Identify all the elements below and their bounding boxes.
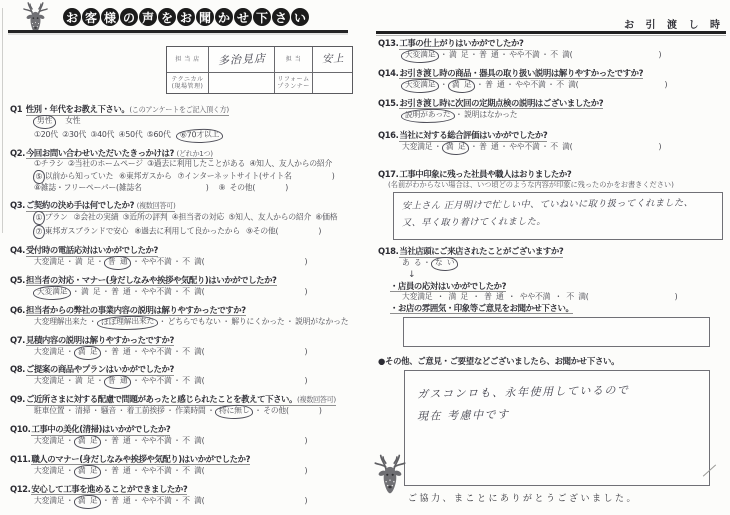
q7-title: Q7.見積内容の説明は解りやすかったですか? bbox=[10, 335, 360, 346]
selected-option: 特に無し bbox=[215, 405, 254, 420]
selected-rating: 満 足 bbox=[74, 464, 102, 479]
question-16: Q16.当社に対する総合評価はいかがでしたか? 大変満足・満 足・普 通・やや不… bbox=[378, 130, 726, 155]
scanned-survey-page: お 客 様 の 声 を お 聞 か せ 下 さ い 担 当 店 多治見店 担 当… bbox=[0, 0, 730, 515]
question-3: Q3.ご契約の決め手は何でしたか? (複数回答可) ①プラン②会社の実績 ③近所… bbox=[10, 200, 360, 239]
scan-edge-line bbox=[2, 8, 3, 233]
question-9: Q9.ご近所さまに対する配慮で問題があったと感じられたことを教えて下さい。(複数… bbox=[10, 394, 360, 419]
selected-option-male: 男性 bbox=[33, 115, 57, 130]
question-5: Q5.担当者の対応・マナー(身だしなみや挨拶や気配り)はいかがでしたか? 大変満… bbox=[10, 275, 360, 300]
other-comments-box: ガスコンロも、永年使用しているので 現在 考慮中です bbox=[404, 370, 710, 486]
question-15: Q15.お引き渡し時に次回の定期点検の説明はございましたか? 説明があった・説明… bbox=[378, 98, 726, 123]
staff-person-value: 安上 bbox=[313, 47, 352, 73]
question-7: Q7.見積内容の説明は解りやすかったですか? 大変満足・満 足・普 通・やや不満… bbox=[10, 335, 360, 360]
thanks-message: ご協力、まことにありがとうございました。 bbox=[408, 491, 726, 504]
selected-option-number-5: ⑤ bbox=[33, 169, 45, 183]
deer-stamp-icon bbox=[373, 452, 407, 496]
selected-option-number-7: ⑦ bbox=[33, 225, 45, 239]
q15-options: 説明があった・説明はなかった bbox=[378, 109, 726, 123]
q5-rating: 大変満足・満 足・普 通・やや不満・不 満() bbox=[10, 286, 360, 300]
selected-rating: 大変満足 bbox=[33, 285, 72, 300]
q18-title: Q18.当社店頭にご来店されたことがございますか? bbox=[378, 246, 726, 257]
left-question-column: Q1 性別・年代をお教え下さい。(このアンケートをご記入頂く方) 男性女性 ①2… bbox=[10, 104, 360, 514]
question-4: Q4.受付時の電話応対はいかがでしたか? 大変満足・満 足・普 通・やや不満・不… bbox=[10, 245, 360, 270]
q13-rating: 大変満足・満 足・普 通・やや不満・不 満() bbox=[378, 49, 726, 63]
q3-note: (複数回答可) bbox=[137, 201, 176, 210]
page-title: お 客 様 の 声 を お 聞 か せ 下 さ い bbox=[63, 8, 309, 26]
q3-title: Q3.ご契約の決め手は何でしたか? (複数回答可) bbox=[10, 200, 360, 211]
title-char: お bbox=[177, 8, 195, 26]
q18-sub1-title: ・店員の応対はいかがでしたか? bbox=[378, 281, 726, 292]
title-underline bbox=[8, 30, 348, 33]
q2-title: Q2.今回お問い合わせいただいたきっかけは? (どれか1つ) bbox=[10, 148, 360, 159]
q10-rating: 大変満足・満 足・普 通・やや不満・不 満() bbox=[10, 435, 360, 449]
handwritten-store-name: 多治見店 bbox=[217, 51, 266, 67]
staff-person-label: 担 当 bbox=[275, 47, 313, 73]
q8-title: Q8.ご提案の商品やプランはいかがでしたか? bbox=[10, 364, 360, 375]
q17-answer-box: 安上さん 正月明けで忙しい中、ていねいに取り扱ってくれました、 又、早く取り着け… bbox=[393, 192, 723, 240]
selected-option-age70: ⑥70才以上 bbox=[175, 128, 222, 143]
selected-rating: 満 足 bbox=[74, 494, 102, 509]
question-17: Q17.工事中印象に残った社員や職人はおりましたか? (名前がわからない場合は、… bbox=[378, 169, 726, 240]
q1-note: (このアンケートをご記入頂く方) bbox=[129, 105, 228, 114]
title-char: 客 bbox=[82, 8, 100, 26]
handwritten-person-name: 安上 bbox=[321, 53, 343, 67]
q9-title: Q9.ご近所さまに対する配慮で問題があったと感じられたことを教えて下さい。(複数… bbox=[10, 394, 360, 405]
question-13: Q13.工事の仕上がりはいかがでしたか? 大変満足・満 足・普 通・やや不満・不… bbox=[378, 38, 726, 63]
q18-options: あ る・な い bbox=[378, 257, 726, 271]
staff-technical-value bbox=[209, 73, 275, 93]
q18-sub1-rating: 大変満足 ・ 満 足 ・ 普 通 ・ やや不満 ・ 不 満() bbox=[378, 292, 726, 303]
right-section-rule-shadow bbox=[376, 35, 726, 36]
other-comments-title: ●その他、ご意見・ご要望などございましたら、お聞かせ下さい。 bbox=[378, 355, 726, 367]
staff-technical-label: テクニカル (現場管理) bbox=[167, 73, 209, 93]
question-8: Q8.ご提案の商品やプランはいかがでしたか? 大変満足・満 足・普 通・やや不満… bbox=[10, 364, 360, 389]
selected-option: 説明があった bbox=[401, 108, 455, 123]
q11-title: Q11.職人のマナー(身だしなみや挨拶や気配り)はいかがでしたか? bbox=[10, 454, 360, 465]
title-char: 様 bbox=[101, 8, 119, 26]
q7-rating: 大変満足・満 足・普 通・やや不満・不 満() bbox=[10, 346, 360, 360]
question-10: Q10.工事中の美化(清掃)はいかがでしたか? 大変満足・満 足・普 通・やや不… bbox=[10, 424, 360, 449]
selected-rating: 満 足 bbox=[74, 345, 102, 360]
question-6: Q6.担当者からの弊社の事業内容の説明は解りやすかったですか? 大変理解出来た・… bbox=[10, 305, 360, 330]
q12-rating: 大変満足・満 足・普 通・やや不満・不 満() bbox=[10, 495, 360, 509]
option-female: 女性 bbox=[65, 116, 80, 125]
selected-rating: 普 通 bbox=[104, 256, 132, 271]
q14-rating: 大変満足・満 足・普 通・やや不満・不 満() bbox=[378, 79, 726, 93]
selected-rating: 普 通 bbox=[104, 375, 132, 390]
q14-title: Q14.お引き渡し時の商品・器具の取り扱い説明は解りやすかったですか? bbox=[378, 68, 726, 79]
staff-planner-value bbox=[313, 73, 352, 93]
title-char: お bbox=[63, 8, 81, 26]
handwritten-comment-line: 又、早く取り着けてくれました。 bbox=[402, 212, 714, 232]
q2-options-line3: ⑧雑誌・フリーペーパー(雑誌名)⑨ その他() bbox=[10, 183, 360, 194]
q3-options-line1: ①プラン②会社の実績 ③近所の評判 ④担当者の対応 ⑤知人、友人からの紹介 ⑥価… bbox=[10, 211, 360, 225]
question-11: Q11.職人のマナー(身だしなみや挨拶や気配り)はいかがでしたか? 大変満足・満… bbox=[10, 454, 360, 479]
selected-option-number-1: ① bbox=[33, 211, 45, 225]
q5-title: Q5.担当者の対応・マナー(身だしなみや挨拶や気配り)はいかがでしたか? bbox=[10, 275, 360, 286]
q13-title: Q13.工事の仕上がりはいかがでしたか? bbox=[378, 38, 726, 49]
title-char: い bbox=[291, 8, 309, 26]
title-char: を bbox=[158, 8, 176, 26]
title-char: 声 bbox=[139, 8, 157, 26]
q6-options: 大変理解出来た・ほぼ理解出来た・どちらでもない・解りにくかった・説明がなかった bbox=[10, 316, 360, 330]
right-section-rule bbox=[376, 31, 726, 34]
staff-store-label: 担 当 店 bbox=[167, 47, 209, 73]
selected-option: ほぼ理解出来た bbox=[97, 315, 159, 331]
selected-rating: 満 足 bbox=[448, 78, 476, 93]
q18-answer-box bbox=[403, 317, 710, 347]
q16-title: Q16.当社に対する総合評価はいかがでしたか? bbox=[378, 130, 726, 141]
question-12: Q12.安心して工事を進めることができましたか? 大変満足・満 足・普 通・やや… bbox=[10, 484, 360, 509]
q9-note: (複数回答可) bbox=[297, 395, 336, 404]
selected-rating: 大変満足 bbox=[401, 78, 440, 93]
q11-rating: 大変満足・満 足・普 通・やや不満・不 満() bbox=[10, 465, 360, 479]
age-options: ①20代 ②30代 ③40代 ④50代 ⑤60代 bbox=[34, 130, 171, 139]
q4-title: Q4.受付時の電話応対はいかがでしたか? bbox=[10, 245, 360, 256]
selected-rating: 満 足 bbox=[442, 141, 470, 156]
question-2: Q2.今回お問い合わせいただいたきっかけは? (どれか1つ) ①チラシ ②当社の… bbox=[10, 148, 360, 195]
q2-note: (どれか1つ) bbox=[176, 149, 212, 158]
selected-rating: 満 足 bbox=[74, 435, 102, 450]
q12-title: Q12.安心して工事を進めることができましたか? bbox=[10, 484, 360, 495]
q1-title: Q1 性別・年代をお教え下さい。(このアンケートをご記入頂く方) bbox=[10, 104, 360, 115]
q3-options-line2: ⑦東邦ガスブランドで安心⑧過去に利用して良かったから⑨その他() bbox=[10, 225, 360, 239]
q2-options-line1: ①チラシ ②当社のホームページ ③過去に利用したことがある ④知人、友人からの紹… bbox=[10, 159, 360, 170]
other-comments-section: ●その他、ご意見・ご要望などございましたら、お聞かせ下さい。 ガスコンロも、永年… bbox=[378, 355, 726, 504]
staff-table: 担 当 店 多治見店 担 当 安上 テクニカル (現場管理) リフォーム プラン… bbox=[166, 46, 353, 94]
q15-title: Q15.お引き渡し時に次回の定期点検の説明はございましたか? bbox=[378, 98, 726, 109]
q17-title: Q17.工事中印象に残った社員や職人はおりましたか? bbox=[378, 169, 726, 180]
selected-option: な い bbox=[431, 257, 459, 272]
title-char: の bbox=[120, 8, 138, 26]
title-char: さ bbox=[272, 8, 290, 26]
q1-age-options: ①20代 ②30代 ③40代 ④50代 ⑤60代⑥70才以上 bbox=[10, 129, 360, 143]
branch-arrow: ↓ bbox=[378, 271, 726, 281]
q2-options-line2: ⑤以前から知っていた⑥東邦ガスから⑦インターネットサイト(サイト名) bbox=[10, 170, 360, 184]
q4-rating: 大変満足・満 足・普 通・やや不満・不 満() bbox=[10, 256, 360, 270]
q6-title: Q6.担当者からの弊社の事業内容の説明は解りやすかったですか? bbox=[10, 305, 360, 316]
title-char: 下 bbox=[253, 8, 271, 26]
q9-options: 駐車位置・清掃・騒音・着工前挨拶・作業時間・特に無し・その他() bbox=[10, 405, 360, 419]
right-question-column: Q13.工事の仕上がりはいかがでしたか? 大変満足・満 足・普 通・やや不満・不… bbox=[378, 38, 726, 509]
title-char: か bbox=[215, 8, 233, 26]
selected-rating: 大変満足 bbox=[401, 48, 440, 63]
staff-store-value: 多治見店 bbox=[209, 47, 275, 73]
q16-rating: 大変満足・満 足・普 通・やや不満・不 満() bbox=[378, 141, 726, 155]
right-section-title: お 引 渡 し 時 bbox=[378, 16, 724, 31]
title-char: せ bbox=[234, 8, 252, 26]
title-char: 聞 bbox=[196, 8, 214, 26]
q18-sub2-title: ・お店の雰囲気・印象等ご意見をお聞かせ下さい。 bbox=[378, 303, 726, 314]
q10-title: Q10.工事中の美化(清掃)はいかがでしたか? bbox=[10, 424, 360, 435]
q8-rating: 大変満足・満 足・普 通・やや不満・不 満() bbox=[10, 375, 360, 389]
question-14: Q14.お引き渡し時の商品・器具の取り扱い説明は解りやすかったですか? 大変満足… bbox=[378, 68, 726, 93]
question-1: Q1 性別・年代をお教え下さい。(このアンケートをご記入頂く方) 男性女性 ①2… bbox=[10, 104, 360, 143]
question-18: Q18.当社店頭にご来店されたことがございますか? あ る・な い ↓ ・店員の… bbox=[378, 246, 726, 346]
q17-note: (名前がわからない場合は、いつ頃どのような内容が印象に残ったのかをお書きください… bbox=[378, 180, 726, 190]
q1-gender-options: 男性女性 bbox=[10, 115, 360, 129]
staff-planner-label: リフォーム プランナー bbox=[275, 73, 313, 93]
